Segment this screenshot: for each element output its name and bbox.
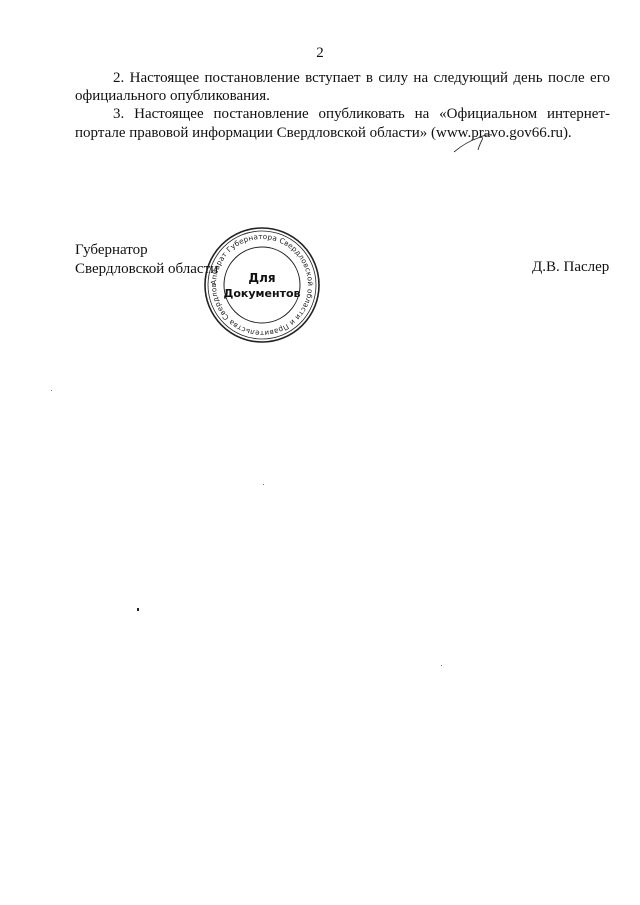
scan-speck (137, 608, 139, 611)
signatory-name: Д.В. Паслер (532, 259, 609, 276)
signatory-title: Губернатор Свердловской области (75, 241, 218, 278)
signatory-title-line-1: Губернатор (75, 241, 218, 260)
scan-speck (51, 390, 52, 391)
paragraph-2-line-1: 2. Настоящее постановление вступает в си… (113, 70, 610, 86)
stamp-center-line-2: Документов (224, 287, 301, 300)
stamp-center-line-1: Для (248, 271, 275, 285)
signatory-title-line-2: Свердловской области (75, 260, 218, 279)
scan-speck (263, 484, 264, 485)
paragraph-publication: 3. Настоящее постановление опубликовать … (75, 105, 610, 141)
paragraph-3-line-1: 3. Настоящее постановление опубликовать … (113, 106, 610, 122)
handwritten-mark-icon (452, 126, 512, 156)
paragraph-2-line-2: официального опубликования. (75, 88, 270, 104)
document-body: 2. Настоящее постановление вступает в си… (75, 69, 610, 142)
scan-speck (441, 665, 442, 666)
page-number: 2 (0, 45, 640, 62)
paragraph-effective-date: 2. Настоящее постановление вступает в си… (75, 69, 610, 105)
official-stamp: Аппарат Губернатора Свердловской области… (203, 226, 321, 344)
